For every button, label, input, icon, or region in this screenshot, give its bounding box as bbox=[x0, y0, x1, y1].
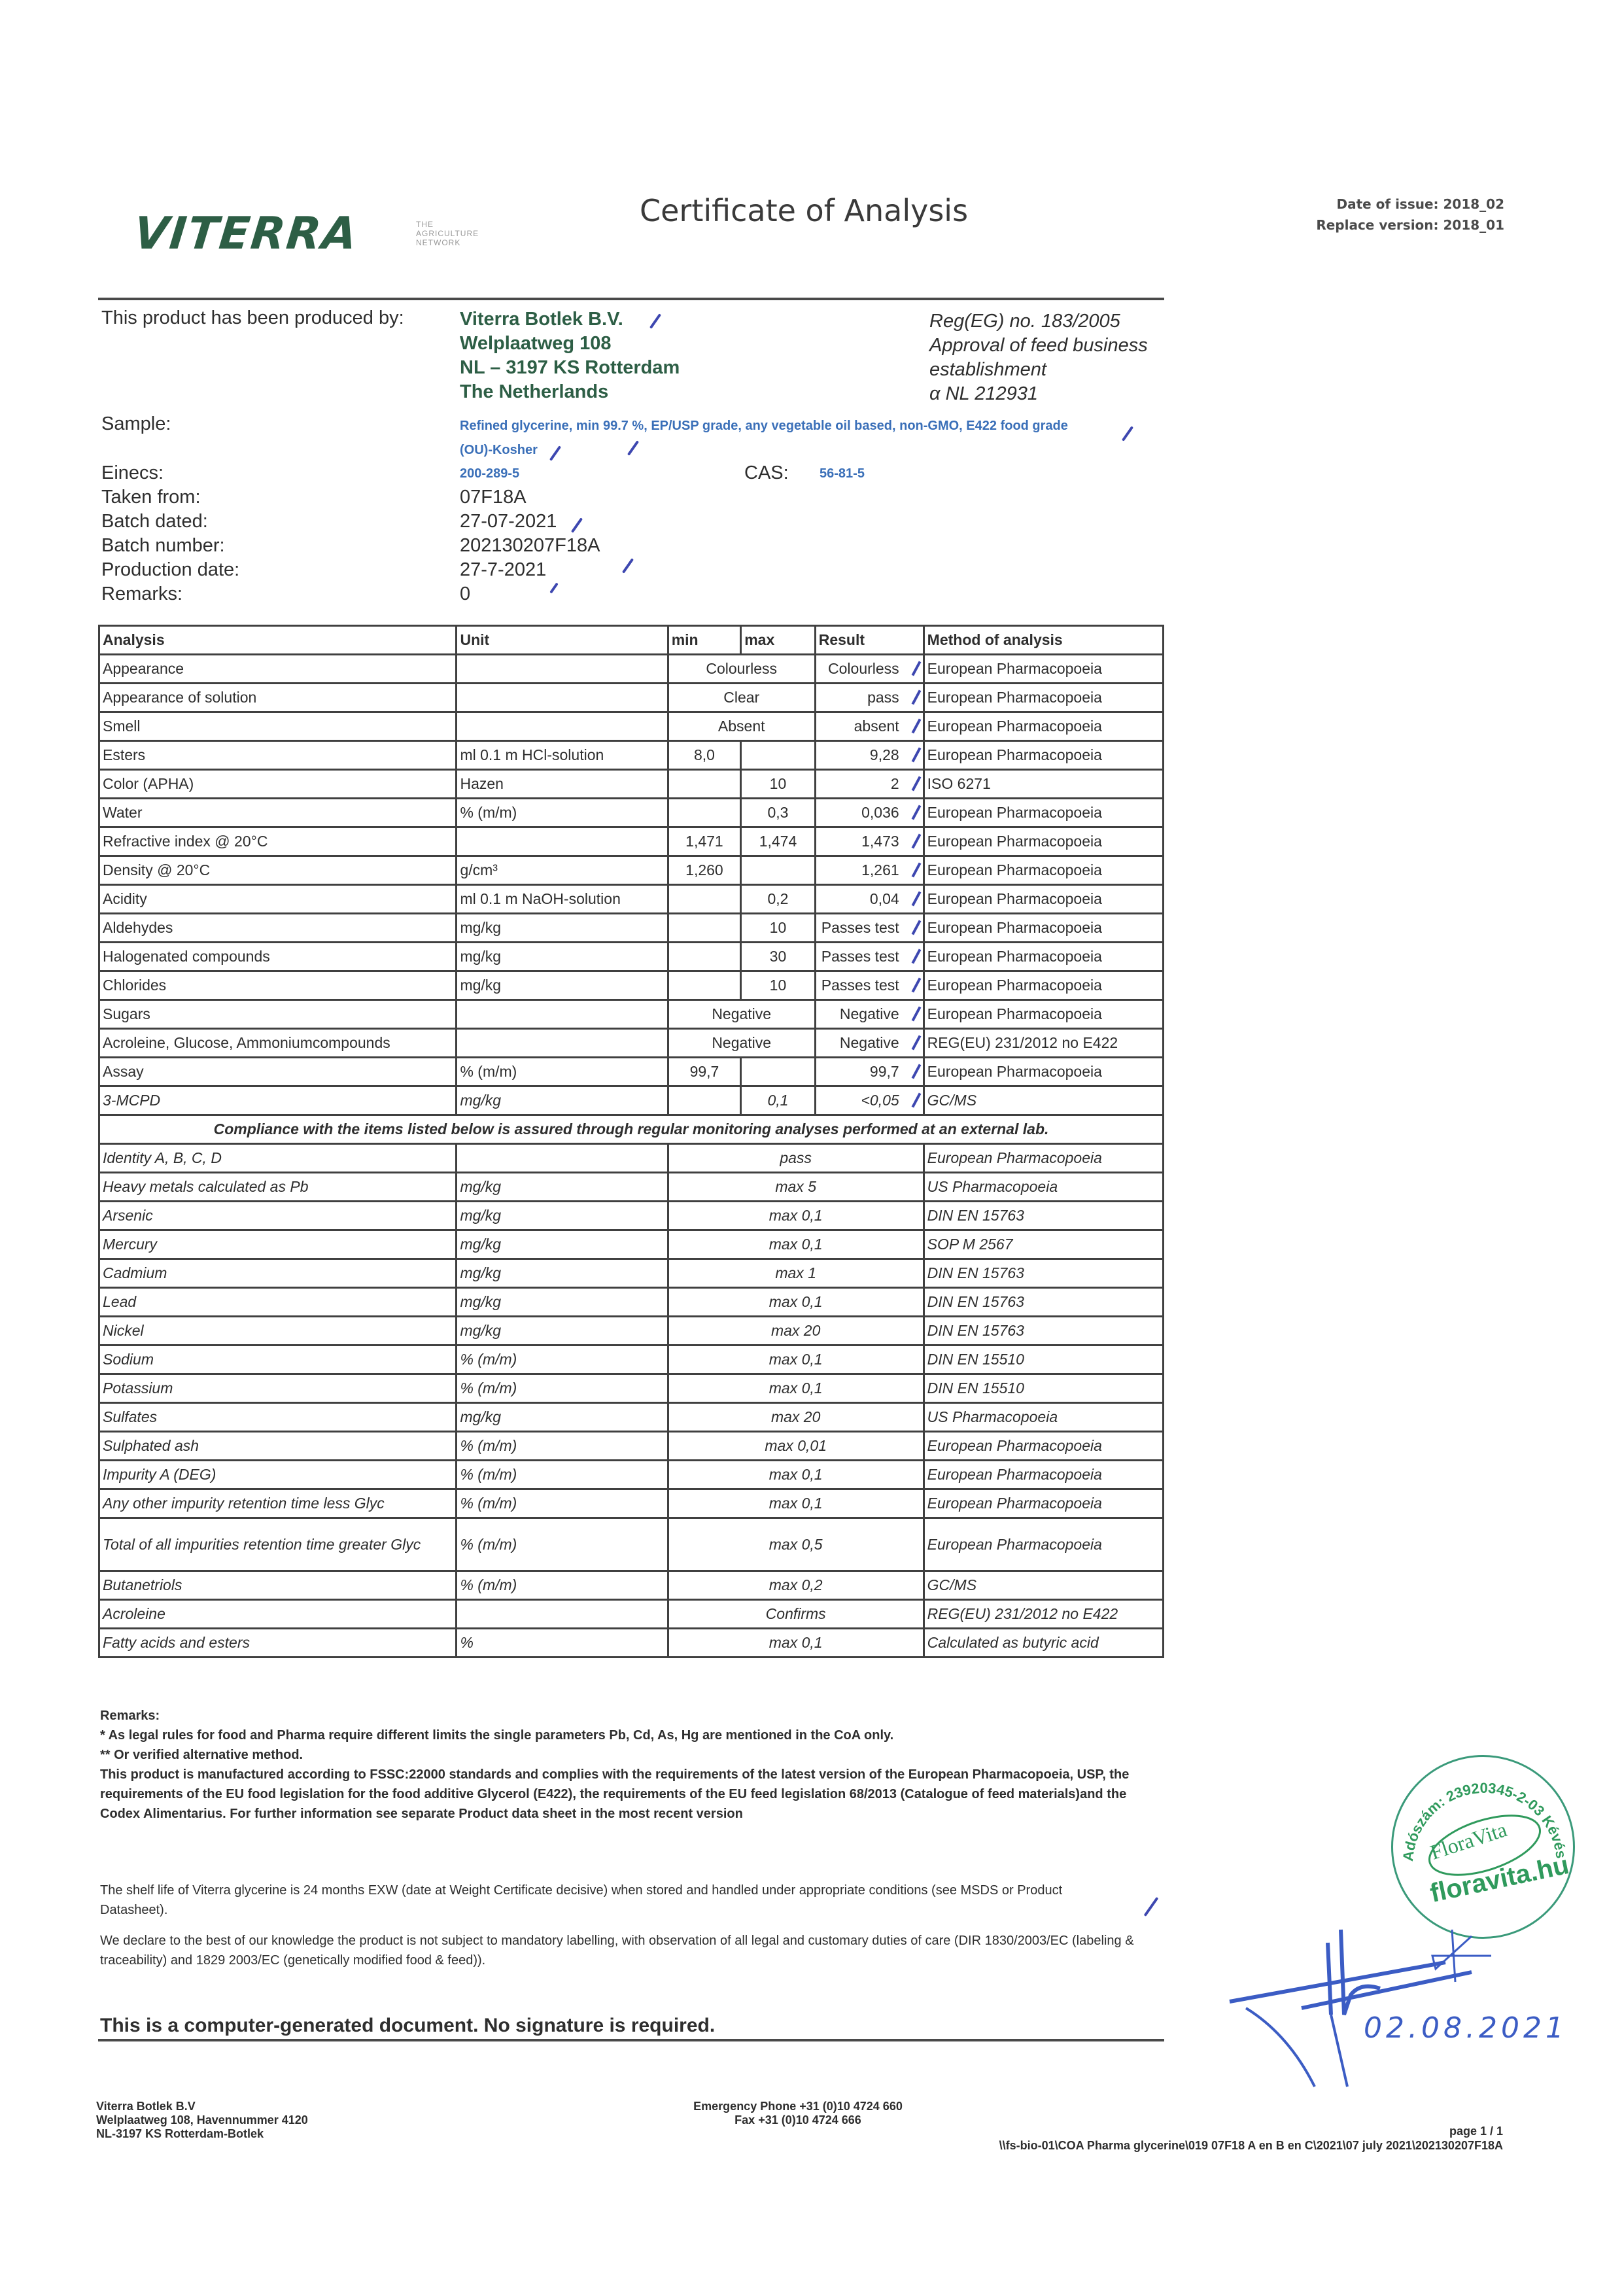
result-cell: 2 bbox=[815, 770, 924, 799]
max-cell: 10 bbox=[741, 914, 816, 943]
method-cell: DIN EN 15763 bbox=[924, 1259, 1163, 1288]
result-cell: 0,04 bbox=[815, 885, 924, 914]
max-cell: 0,1 bbox=[741, 1086, 816, 1115]
unit-cell: mg/kg bbox=[457, 1288, 668, 1317]
analysis-cell: Impurity A (DEG) bbox=[99, 1461, 457, 1489]
signature-icon bbox=[1210, 1917, 1576, 2093]
column-header: Method of analysis bbox=[924, 626, 1163, 655]
check-mark-icon bbox=[911, 891, 921, 906]
table-row: Estersml 0.1 m HCl-solution8,09,28Europe… bbox=[99, 741, 1164, 770]
result-cell: pass bbox=[815, 684, 924, 712]
result-cell: Passes test bbox=[815, 914, 924, 943]
table-row: Leadmg/kgmax 0,1DIN EN 15763 bbox=[99, 1288, 1164, 1317]
producer-line: Welplaatweg 108 bbox=[460, 332, 680, 356]
max-cell: 0,2 bbox=[741, 885, 816, 914]
result-value: Passes test bbox=[821, 977, 899, 994]
table-row: Color (APHA)Hazen102ISO 6271 bbox=[99, 770, 1164, 799]
result-value: 9,28 bbox=[870, 746, 899, 763]
unit-cell: mg/kg bbox=[457, 1259, 668, 1288]
check-mark-icon bbox=[911, 747, 921, 762]
analysis-cell: Halogenated compounds bbox=[99, 943, 457, 971]
check-mark-icon bbox=[911, 718, 921, 733]
max-cell bbox=[741, 741, 816, 770]
producer-line: NL – 3197 KS Rotterdam bbox=[460, 356, 680, 380]
spec-cell: max 0,2 bbox=[668, 1571, 924, 1600]
spec-cell: max 0,1 bbox=[668, 1230, 924, 1259]
min-cell: 99,7 bbox=[668, 1058, 741, 1086]
analysis-cell: Acroleine, Glucose, Ammoniumcompounds bbox=[99, 1029, 457, 1058]
min-cell bbox=[668, 799, 741, 827]
table-row: Halogenated compoundsmg/kg30Passes testE… bbox=[99, 943, 1164, 971]
analysis-cell: Acroleine bbox=[99, 1600, 457, 1629]
table-row: Cadmiummg/kgmax 1DIN EN 15763 bbox=[99, 1259, 1164, 1288]
method-cell: European Pharmacopoeia bbox=[924, 1518, 1163, 1571]
analysis-cell: Color (APHA) bbox=[99, 770, 457, 799]
analysis-cell: Sugars bbox=[99, 1000, 457, 1029]
unit-cell: mg/kg bbox=[457, 1086, 668, 1115]
unit-cell: mg/kg bbox=[457, 1317, 668, 1346]
unit-cell: % (m/m) bbox=[457, 1058, 668, 1086]
viterra-logo: VITERRA bbox=[131, 208, 360, 260]
result-value: <0,05 bbox=[861, 1092, 899, 1109]
check-mark-icon bbox=[911, 661, 921, 676]
analysis-cell: Smell bbox=[99, 712, 457, 741]
analysis-cell: Acidity bbox=[99, 885, 457, 914]
spec-cell: max 0,1 bbox=[668, 1374, 924, 1403]
remarks-section: Remarks: * As legal rules for food and P… bbox=[100, 1706, 1147, 1824]
result-value: 0,04 bbox=[870, 890, 899, 907]
remarks-value: 0 bbox=[460, 583, 470, 605]
table-row: AppearanceColourlessColourlessEuropean P… bbox=[99, 655, 1164, 684]
batch-number-label: Batch number: bbox=[101, 535, 225, 557]
max-cell bbox=[741, 1058, 816, 1086]
analysis-cell: Assay bbox=[99, 1058, 457, 1086]
spec-cell: max 0,01 bbox=[668, 1432, 924, 1461]
analysis-cell: Density @ 20°C bbox=[99, 856, 457, 885]
analysis-cell: Identity A, B, C, D bbox=[99, 1144, 457, 1173]
footer-rule bbox=[98, 2039, 1164, 2041]
spec-cell: max 20 bbox=[668, 1317, 924, 1346]
shelf-life-note: The shelf life of Viterra glycerine is 2… bbox=[100, 1881, 1120, 1920]
unit-cell bbox=[457, 1600, 668, 1629]
result-value: 99,7 bbox=[870, 1063, 899, 1080]
table-row: Water% (m/m)0,30,036European Pharmacopoe… bbox=[99, 799, 1164, 827]
analysis-cell: Appearance bbox=[99, 655, 457, 684]
min-cell bbox=[668, 971, 741, 1000]
check-mark-icon bbox=[911, 1092, 921, 1107]
method-cell: European Pharmacopoeia bbox=[924, 799, 1163, 827]
analysis-cell: Potassium bbox=[99, 1374, 457, 1403]
table-row: Identity A, B, C, DpassEuropean Pharmaco… bbox=[99, 1144, 1164, 1173]
result-cell: 9,28 bbox=[815, 741, 924, 770]
unit-cell bbox=[457, 712, 668, 741]
method-cell: European Pharmacopoeia bbox=[924, 684, 1163, 712]
method-cell: European Pharmacopoeia bbox=[924, 712, 1163, 741]
max-cell: 30 bbox=[741, 943, 816, 971]
analysis-cell: Any other impurity retention time less G… bbox=[99, 1489, 457, 1518]
producer-line: The Netherlands bbox=[460, 380, 680, 404]
table-row: SugarsNegativeNegativeEuropean Pharmacop… bbox=[99, 1000, 1164, 1029]
unit-cell: % bbox=[457, 1629, 668, 1658]
reg-line: establishment bbox=[929, 358, 1148, 382]
einecs-label: Einecs: bbox=[101, 462, 164, 484]
table-row: Arsenicmg/kgmax 0,1DIN EN 15763 bbox=[99, 1202, 1164, 1230]
analysis-cell: Sodium bbox=[99, 1346, 457, 1374]
analysis-cell: Heavy metals calculated as Pb bbox=[99, 1173, 457, 1202]
method-cell: European Pharmacopoeia bbox=[924, 971, 1163, 1000]
min-cell bbox=[668, 1086, 741, 1115]
result-value: 2 bbox=[891, 775, 899, 792]
emergency-phone: Emergency Phone +31 (0)10 4724 660 bbox=[674, 2100, 922, 2113]
analysis-cell: Cadmium bbox=[99, 1259, 457, 1288]
check-mark-icon bbox=[622, 558, 634, 574]
unit-cell bbox=[457, 684, 668, 712]
unit-cell: % (m/m) bbox=[457, 1461, 668, 1489]
method-cell: European Pharmacopoeia bbox=[924, 1432, 1163, 1461]
spec-cell: Absent bbox=[668, 712, 815, 741]
min-cell bbox=[668, 770, 741, 799]
analysis-cell: Arsenic bbox=[99, 1202, 457, 1230]
method-cell: DIN EN 15510 bbox=[924, 1346, 1163, 1374]
analysis-cell: Mercury bbox=[99, 1230, 457, 1259]
footer-company-line: Viterra Botlek B.V bbox=[96, 2100, 308, 2113]
table-row: Mercurymg/kgmax 0,1SOP M 2567 bbox=[99, 1230, 1164, 1259]
method-cell: European Pharmacopoeia bbox=[924, 856, 1163, 885]
table-row: Density @ 20°Cg/cm³1,2601,261European Ph… bbox=[99, 856, 1164, 885]
document-title: Certificate of Analysis bbox=[640, 193, 968, 228]
remarks-label: Remarks: bbox=[101, 583, 182, 605]
unit-cell bbox=[457, 827, 668, 856]
check-mark-icon bbox=[911, 977, 921, 992]
method-cell: GC/MS bbox=[924, 1571, 1163, 1600]
table-row: Sulfatesmg/kgmax 20US Pharmacopoeia bbox=[99, 1403, 1164, 1432]
analysis-cell: Refractive index @ 20°C bbox=[99, 827, 457, 856]
batch-dated-value: 27-07-2021 bbox=[460, 511, 557, 532]
min-cell bbox=[668, 885, 741, 914]
analysis-cell: Esters bbox=[99, 741, 457, 770]
unit-cell bbox=[457, 1029, 668, 1058]
date-of-issue: Date of issue: 2018_02 bbox=[1316, 194, 1504, 215]
unit-cell bbox=[457, 655, 668, 684]
production-date-value: 27-7-2021 bbox=[460, 559, 546, 581]
method-cell: European Pharmacopoeia bbox=[924, 885, 1163, 914]
unit-cell: % (m/m) bbox=[457, 1432, 668, 1461]
unit-cell: mg/kg bbox=[457, 1202, 668, 1230]
unit-cell: ml 0.1 m NaOH-solution bbox=[457, 885, 668, 914]
method-cell: European Pharmacopoeia bbox=[924, 1489, 1163, 1518]
table-row: Total of all impurities retention time g… bbox=[99, 1518, 1164, 1571]
declaration-note: We declare to the best of our knowledge … bbox=[100, 1931, 1147, 1970]
company-stamp: Adószám: 23920345-2-03 Kévés Béla Kft 62… bbox=[1391, 1755, 1575, 1939]
table-row: Potassium% (m/m)max 0,1DIN EN 15510 bbox=[99, 1374, 1164, 1403]
table-row: Acroleine, Glucose, AmmoniumcompoundsNeg… bbox=[99, 1029, 1164, 1058]
min-cell: 8,0 bbox=[668, 741, 741, 770]
spec-cell: max 0,1 bbox=[668, 1202, 924, 1230]
max-cell: 0,3 bbox=[741, 799, 816, 827]
einecs-value: 200-289-5 bbox=[460, 466, 519, 481]
table-row: Butanetriols% (m/m)max 0,2GC/MS bbox=[99, 1571, 1164, 1600]
result-cell: Colourless bbox=[815, 655, 924, 684]
taken-from-value: 07F18A bbox=[460, 487, 527, 508]
min-cell bbox=[668, 943, 741, 971]
footer-company: Viterra Botlek B.V Welplaatweg 108, Have… bbox=[96, 2100, 308, 2141]
column-header: min bbox=[668, 626, 741, 655]
table-header-row: AnalysisUnitminmaxResultMethod of analys… bbox=[99, 626, 1164, 655]
table-row: Heavy metals calculated as Pbmg/kgmax 5U… bbox=[99, 1173, 1164, 1202]
page-number: page 1 / 1 bbox=[1449, 2125, 1503, 2138]
unit-cell: % (m/m) bbox=[457, 1518, 668, 1571]
check-mark-icon bbox=[627, 440, 639, 456]
check-mark-icon bbox=[911, 689, 921, 704]
result-value: Passes test bbox=[821, 948, 899, 965]
unit-cell: % (m/m) bbox=[457, 1571, 668, 1600]
producer-line: Viterra Botlek B.V. bbox=[460, 307, 680, 332]
check-mark-icon bbox=[911, 776, 921, 791]
table-row: Impurity A (DEG)% (m/m)max 0,1European P… bbox=[99, 1461, 1164, 1489]
spec-cell: Negative bbox=[668, 1029, 815, 1058]
compliance-note: Compliance with the items listed below i… bbox=[99, 1115, 1164, 1144]
spec-cell: max 1 bbox=[668, 1259, 924, 1288]
column-header: max bbox=[741, 626, 816, 655]
max-cell: 10 bbox=[741, 770, 816, 799]
registration-info: Reg(EG) no. 183/2005 Approval of feed bu… bbox=[929, 309, 1148, 406]
method-cell: DIN EN 15510 bbox=[924, 1374, 1163, 1403]
table-row: AcroleineConfirmsREG(EU) 231/2012 no E42… bbox=[99, 1600, 1164, 1629]
table-row: 3-MCPDmg/kg0,1<0,05GC/MS bbox=[99, 1086, 1164, 1115]
result-cell: 1,261 bbox=[815, 856, 924, 885]
table-row: Fatty acids and esters%max 0,1Calculated… bbox=[99, 1629, 1164, 1658]
method-cell: DIN EN 15763 bbox=[924, 1202, 1163, 1230]
check-mark-icon bbox=[911, 1064, 921, 1079]
check-mark-icon bbox=[911, 1035, 921, 1050]
spec-cell: max 5 bbox=[668, 1173, 924, 1202]
min-cell: 1,471 bbox=[668, 827, 741, 856]
result-value: 0,036 bbox=[861, 804, 899, 821]
analysis-cell: Fatty acids and esters bbox=[99, 1629, 457, 1658]
unit-cell bbox=[457, 1000, 668, 1029]
batch-dated-label: Batch dated: bbox=[101, 511, 208, 532]
check-mark-icon bbox=[911, 833, 921, 848]
method-cell: GC/MS bbox=[924, 1086, 1163, 1115]
min-cell: 1,260 bbox=[668, 856, 741, 885]
spec-cell: max 0,5 bbox=[668, 1518, 924, 1571]
method-cell: European Pharmacopoeia bbox=[924, 1058, 1163, 1086]
spec-cell: Clear bbox=[668, 684, 815, 712]
unit-cell: mg/kg bbox=[457, 1403, 668, 1432]
analysis-cell: Sulfates bbox=[99, 1403, 457, 1432]
reg-line: Reg(EG) no. 183/2005 bbox=[929, 309, 1148, 334]
producer-address: Viterra Botlek B.V. Welplaatweg 108 NL –… bbox=[460, 307, 680, 404]
column-header: Result bbox=[815, 626, 924, 655]
analysis-cell: Sulphated ash bbox=[99, 1432, 457, 1461]
sample-value: Refined glycerine, min 99.7 %, EP/USP gr… bbox=[460, 419, 1068, 434]
unit-cell: mg/kg bbox=[457, 943, 668, 971]
spec-cell: pass bbox=[668, 1144, 924, 1173]
spec-cell: Negative bbox=[668, 1000, 815, 1029]
analysis-cell: Total of all impurities retention time g… bbox=[99, 1518, 457, 1571]
issue-info: Date of issue: 2018_02 Replace version: … bbox=[1316, 194, 1504, 235]
table-row: Chloridesmg/kg10Passes testEuropean Phar… bbox=[99, 971, 1164, 1000]
result-cell: <0,05 bbox=[815, 1086, 924, 1115]
cas-label: CAS: bbox=[744, 462, 789, 484]
analysis-cell: Appearance of solution bbox=[99, 684, 457, 712]
analysis-cell: 3-MCPD bbox=[99, 1086, 457, 1115]
max-cell: 10 bbox=[741, 971, 816, 1000]
logo-tagline: THE AGRICULTURE NETWORK bbox=[416, 220, 494, 247]
result-value: absent bbox=[854, 718, 899, 735]
analysis-cell: Butanetriols bbox=[99, 1571, 457, 1600]
method-cell: European Pharmacopoeia bbox=[924, 914, 1163, 943]
result-cell: Negative bbox=[815, 1000, 924, 1029]
spec-cell: max 0,1 bbox=[668, 1629, 924, 1658]
analysis-cell: Chlorides bbox=[99, 971, 457, 1000]
table-row: Assay% (m/m)99,799,7European Pharmacopoe… bbox=[99, 1058, 1164, 1086]
result-cell: 1,473 bbox=[815, 827, 924, 856]
column-header: Analysis bbox=[99, 626, 457, 655]
footer-company-line: NL-3197 KS Rotterdam-Botlek bbox=[96, 2127, 308, 2141]
table-row: SmellAbsentabsentEuropean Pharmacopoeia bbox=[99, 712, 1164, 741]
spec-cell: max 0,1 bbox=[668, 1288, 924, 1317]
sample-label: Sample: bbox=[101, 413, 171, 435]
method-cell: European Pharmacopoeia bbox=[924, 655, 1163, 684]
result-cell: Passes test bbox=[815, 943, 924, 971]
table-row: Sodium% (m/m)max 0,1DIN EN 15510 bbox=[99, 1346, 1164, 1374]
analysis-cell: Water bbox=[99, 799, 457, 827]
unit-cell: % (m/m) bbox=[457, 1489, 668, 1518]
method-cell: European Pharmacopoeia bbox=[924, 1000, 1163, 1029]
result-value: Negative bbox=[840, 1034, 899, 1051]
method-cell: DIN EN 15763 bbox=[924, 1317, 1163, 1346]
result-value: Colourless bbox=[828, 660, 899, 677]
result-cell: Negative bbox=[815, 1029, 924, 1058]
max-cell bbox=[741, 856, 816, 885]
method-cell: REG(EU) 231/2012 no E422 bbox=[924, 1029, 1163, 1058]
compliance-row: Compliance with the items listed below i… bbox=[99, 1115, 1164, 1144]
table-row: Refractive index @ 20°C1,4711,4741,473Eu… bbox=[99, 827, 1164, 856]
check-mark-icon bbox=[549, 582, 559, 593]
footer-contact: Emergency Phone +31 (0)10 4724 660 Fax +… bbox=[674, 2100, 922, 2127]
remark-line: * As legal rules for food and Pharma req… bbox=[100, 1726, 1147, 1745]
analysis-cell: Aldehydes bbox=[99, 914, 457, 943]
check-mark-icon bbox=[1122, 426, 1133, 442]
batch-number-value: 202130207F18A bbox=[460, 535, 600, 557]
result-value: Negative bbox=[840, 1005, 899, 1022]
footer-company-line: Welplaatweg 108, Havennummer 4120 bbox=[96, 2113, 308, 2127]
producer-label: This product has been produced by: bbox=[101, 307, 404, 329]
signature-date: 02.08.2021 bbox=[1364, 2011, 1568, 2045]
reg-line: α NL 212931 bbox=[929, 382, 1148, 406]
replace-version: Replace version: 2018_01 bbox=[1316, 215, 1504, 235]
min-cell bbox=[668, 914, 741, 943]
method-cell: US Pharmacopoeia bbox=[924, 1403, 1163, 1432]
method-cell: European Pharmacopoeia bbox=[924, 1461, 1163, 1489]
result-cell: absent bbox=[815, 712, 924, 741]
unit-cell: ml 0.1 m HCl-solution bbox=[457, 741, 668, 770]
method-cell: ISO 6271 bbox=[924, 770, 1163, 799]
result-value: Passes test bbox=[821, 919, 899, 936]
table-row: Appearance of solutionClearpassEuropean … bbox=[99, 684, 1164, 712]
remark-line: This product is manufactured according t… bbox=[100, 1765, 1147, 1824]
spec-cell: Confirms bbox=[668, 1600, 924, 1629]
result-value: 1,261 bbox=[861, 861, 899, 878]
analysis-cell: Nickel bbox=[99, 1317, 457, 1346]
production-date-label: Production date: bbox=[101, 559, 239, 581]
unit-cell: mg/kg bbox=[457, 1230, 668, 1259]
unit-cell: % (m/m) bbox=[457, 1346, 668, 1374]
unit-cell: mg/kg bbox=[457, 1173, 668, 1202]
analysis-cell: Lead bbox=[99, 1288, 457, 1317]
spec-cell: max 0,1 bbox=[668, 1346, 924, 1374]
table-row: Nickelmg/kgmax 20DIN EN 15763 bbox=[99, 1317, 1164, 1346]
table-row: Aldehydesmg/kg10Passes testEuropean Phar… bbox=[99, 914, 1164, 943]
unit-cell: Hazen bbox=[457, 770, 668, 799]
taken-from-label: Taken from: bbox=[101, 487, 201, 508]
method-cell: REG(EU) 231/2012 no E422 bbox=[924, 1600, 1163, 1629]
check-mark-icon bbox=[911, 920, 921, 935]
sample-value-2: (OU)-Kosher bbox=[460, 443, 538, 458]
method-cell: European Pharmacopoeia bbox=[924, 943, 1163, 971]
cas-value: 56-81-5 bbox=[820, 466, 865, 481]
check-mark-icon bbox=[1144, 1897, 1159, 1917]
unit-cell: g/cm³ bbox=[457, 856, 668, 885]
method-cell: SOP M 2567 bbox=[924, 1230, 1163, 1259]
spec-cell: max 0,1 bbox=[668, 1461, 924, 1489]
spec-cell: Colourless bbox=[668, 655, 815, 684]
unit-cell: mg/kg bbox=[457, 914, 668, 943]
unit-cell: mg/kg bbox=[457, 971, 668, 1000]
check-mark-icon bbox=[571, 517, 583, 533]
result-value: pass bbox=[867, 689, 899, 706]
computer-generated-note: This is a computer-generated document. N… bbox=[100, 2015, 715, 2037]
result-cell: Passes test bbox=[815, 971, 924, 1000]
check-mark-icon bbox=[911, 805, 921, 820]
table-row: Acidityml 0.1 m NaOH-solution0,20,04Euro… bbox=[99, 885, 1164, 914]
analysis-table: AnalysisUnitminmaxResultMethod of analys… bbox=[98, 625, 1164, 1658]
table-row: Any other impurity retention time less G… bbox=[99, 1489, 1164, 1518]
remark-line: ** Or verified alternative method. bbox=[100, 1745, 1147, 1765]
unit-cell bbox=[457, 1144, 668, 1173]
result-cell: 0,036 bbox=[815, 799, 924, 827]
max-cell: 1,474 bbox=[741, 827, 816, 856]
unit-cell: % (m/m) bbox=[457, 1374, 668, 1403]
method-cell: European Pharmacopoeia bbox=[924, 827, 1163, 856]
fax-number: Fax +31 (0)10 4724 666 bbox=[674, 2113, 922, 2127]
column-header: Unit bbox=[457, 626, 668, 655]
check-mark-icon bbox=[911, 1006, 921, 1021]
spec-cell: max 0,1 bbox=[668, 1489, 924, 1518]
check-mark-icon bbox=[911, 862, 921, 877]
spec-cell: max 20 bbox=[668, 1403, 924, 1432]
result-value: 1,473 bbox=[861, 833, 899, 850]
method-cell: US Pharmacopoeia bbox=[924, 1173, 1163, 1202]
check-mark-icon bbox=[911, 948, 921, 964]
file-path: \\fs-bio-01\COA Pharma glycerine\019 07F… bbox=[999, 2139, 1503, 2153]
result-cell: 99,7 bbox=[815, 1058, 924, 1086]
method-cell: DIN EN 15763 bbox=[924, 1288, 1163, 1317]
table-row: Sulphated ash% (m/m)max 0,01European Pha… bbox=[99, 1432, 1164, 1461]
remarks-title: Remarks: bbox=[100, 1706, 1147, 1726]
check-mark-icon bbox=[549, 445, 561, 461]
method-cell: European Pharmacopoeia bbox=[924, 741, 1163, 770]
header-rule bbox=[98, 298, 1164, 300]
unit-cell: % (m/m) bbox=[457, 799, 668, 827]
method-cell: European Pharmacopoeia bbox=[924, 1144, 1163, 1173]
reg-line: Approval of feed business bbox=[929, 334, 1148, 358]
method-cell: Calculated as butyric acid bbox=[924, 1629, 1163, 1658]
